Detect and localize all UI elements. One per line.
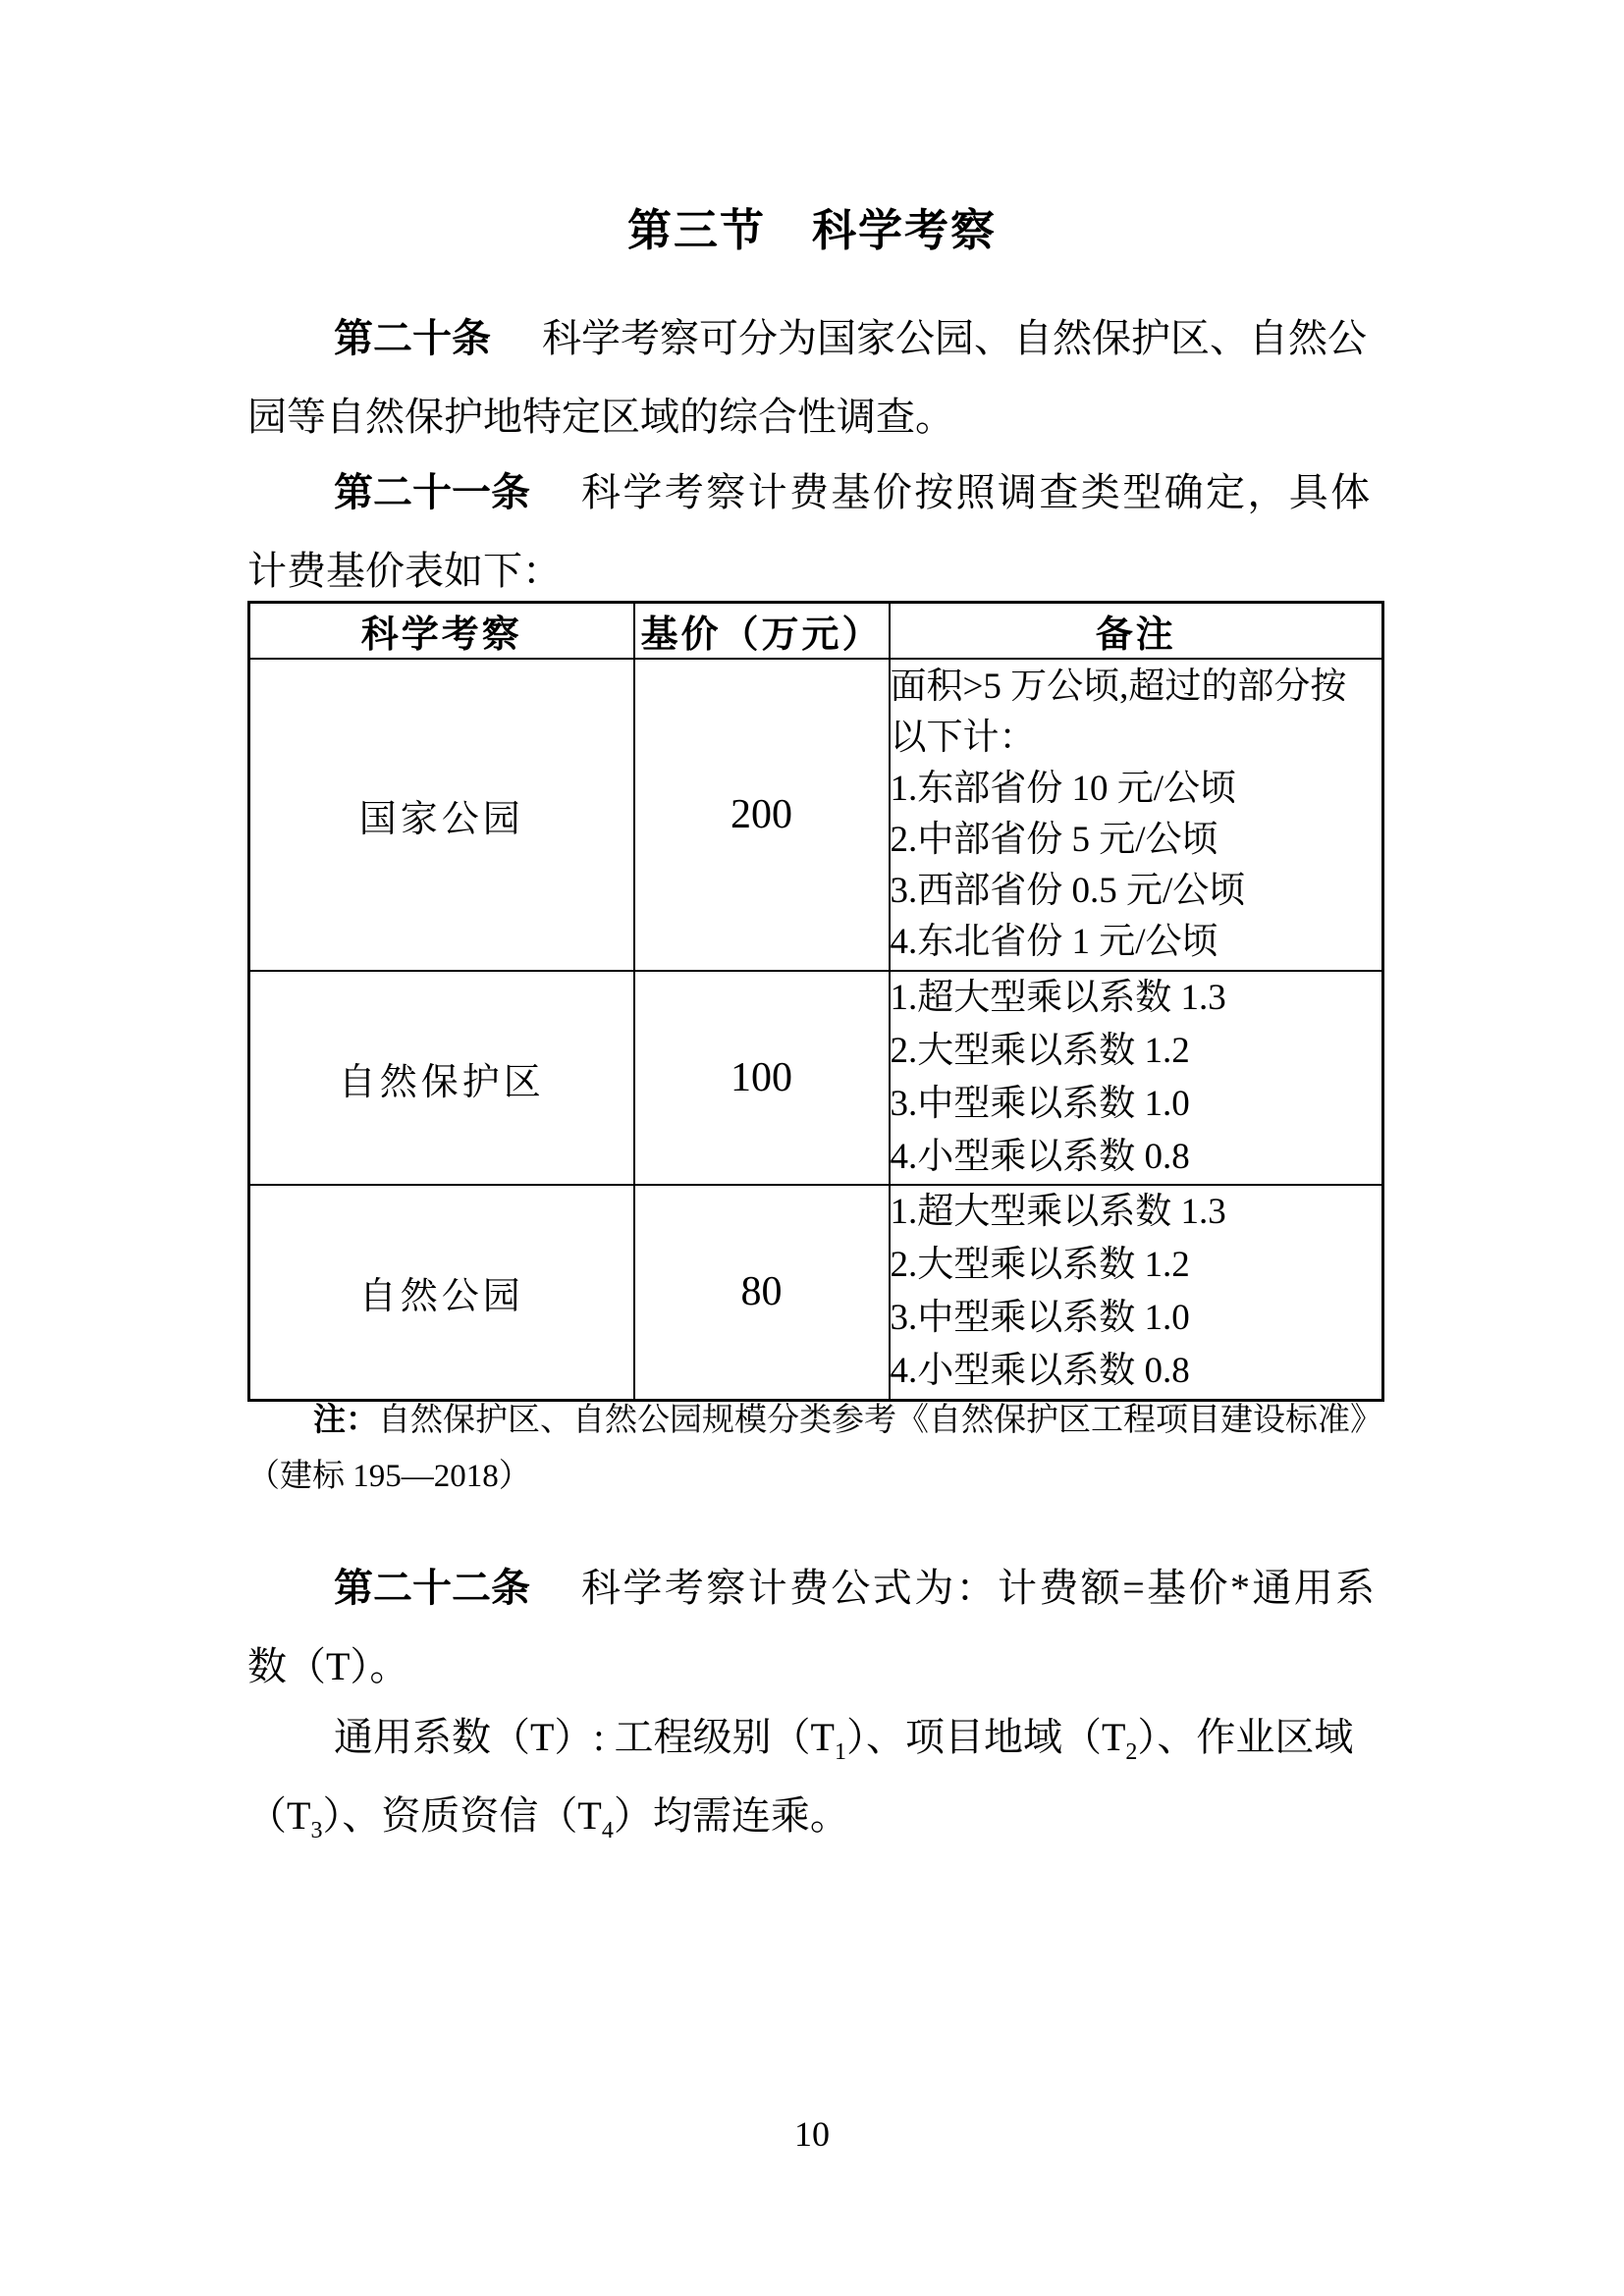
subscript-t4: 4 bbox=[602, 1818, 614, 1843]
table-header-row: 科学考察 基价（万元） 备注 bbox=[249, 603, 1383, 660]
remark-line: 1.超大型乘以系数 1.3 bbox=[891, 972, 1382, 1025]
remark-line: 2.大型乘以系数 1.2 bbox=[891, 1025, 1382, 1078]
subscript-t2: 2 bbox=[1125, 1739, 1137, 1765]
subscript-t3: 3 bbox=[310, 1818, 322, 1843]
table-note-line-2: （建标 195—2018） bbox=[247, 1449, 1426, 1505]
cell-price: 200 bbox=[634, 659, 890, 971]
fee-base-price-table: 科学考察 基价（万元） 备注 国家公园 200 面积>5 万公顷,超过的部分按 … bbox=[247, 601, 1384, 1402]
table-row-nature-park: 自然公园 80 1.超大型乘以系数 1.3 2.大型乘以系数 1.2 3.中型乘… bbox=[249, 1185, 1383, 1400]
remark-line: 4.小型乘以系数 0.8 bbox=[891, 1345, 1382, 1398]
paragraph-20-line-1: 第二十条科学考察可分为国家公园、自然保护区、自然公 bbox=[247, 299, 1512, 378]
remark-line: 4.小型乘以系数 0.8 bbox=[891, 1131, 1382, 1184]
header-remark: 备注 bbox=[890, 603, 1383, 660]
article-22-term: 第二十二条 bbox=[334, 1566, 530, 1610]
paragraph-20-line-2: 园等自然保护地特定区域的综合性调查。 bbox=[247, 378, 1426, 456]
note-label: 注： bbox=[313, 1403, 378, 1438]
remark-line: 面积>5 万公顷,超过的部分按 bbox=[891, 662, 1382, 713]
note-text: 自然保护区、自然公园规模分类参考《自然保护区工程项目建设标准》 bbox=[378, 1403, 1382, 1438]
remark-line: 2.中部省份 5 元/公顷 bbox=[891, 815, 1382, 866]
table-note-line-1: 注：自然保护区、自然公园规模分类参考《自然保护区工程项目建设标准》 bbox=[247, 1393, 1491, 1449]
remark-line: 1.东部省份 10 元/公顷 bbox=[891, 764, 1382, 815]
cell-category: 国家公园 bbox=[249, 659, 634, 971]
paragraph-21-line-1: 第二十一条科学考察计费基价按照调查类型确定，具体 bbox=[247, 454, 1512, 532]
header-base-price: 基价（万元） bbox=[634, 603, 890, 660]
remark-line: 3.西部省份 0.5 元/公顷 bbox=[891, 866, 1382, 917]
cell-remarks: 面积>5 万公顷,超过的部分按 以下计： 1.东部省份 10 元/公顷 2.中部… bbox=[890, 659, 1383, 971]
cell-remarks: 1.超大型乘以系数 1.3 2.大型乘以系数 1.2 3.中型乘以系数 1.0 … bbox=[890, 971, 1383, 1185]
remark-line: 3.中型乘以系数 1.0 bbox=[891, 1078, 1382, 1131]
remark-line: 2.大型乘以系数 1.2 bbox=[891, 1239, 1382, 1292]
remark-line: 以下计： bbox=[891, 713, 1382, 764]
remark-line: 4.东北省份 1 元/公顷 bbox=[891, 917, 1382, 968]
coefficient-paragraph-line-1: 通用系数（T）: 工程级别（T1）、项目地域（T2）、作业区域 bbox=[247, 1698, 1512, 1777]
coefficient-paragraph-line-2: （T3）、资质资信（T4）均需连乘。 bbox=[247, 1777, 1426, 1855]
cell-remarks: 1.超大型乘以系数 1.3 2.大型乘以系数 1.2 3.中型乘以系数 1.0 … bbox=[890, 1185, 1383, 1400]
document-page: 第三节 科学考察 第二十条科学考察可分为国家公园、自然保护区、自然公 园等自然保… bbox=[0, 0, 1624, 2296]
article-22-text: 科学考察计费公式为：计费额=基价*通用系 bbox=[581, 1566, 1378, 1610]
article-21-term: 第二十一条 bbox=[334, 470, 530, 514]
cell-category: 自然公园 bbox=[249, 1185, 634, 1400]
paragraph-22-line-2: 数（T）。 bbox=[247, 1628, 1426, 1706]
subscript-t1: 1 bbox=[835, 1739, 846, 1765]
article-20-term: 第二十条 bbox=[334, 316, 491, 360]
remark-line: 3.中型乘以系数 1.0 bbox=[891, 1292, 1382, 1345]
page-number: 10 bbox=[0, 2109, 1624, 2160]
header-category: 科学考察 bbox=[249, 603, 634, 660]
article-20-text: 科学考察可分为国家公园、自然保护区、自然公 bbox=[542, 316, 1367, 360]
article-21-text: 科学考察计费基价按照调查类型确定，具体 bbox=[581, 470, 1373, 514]
section-title: 第三节 科学考察 bbox=[0, 199, 1624, 262]
remark-line: 1.超大型乘以系数 1.3 bbox=[891, 1186, 1382, 1239]
paragraph-21-line-2: 计费基价表如下： bbox=[247, 532, 1426, 611]
table-row-nature-reserve: 自然保护区 100 1.超大型乘以系数 1.3 2.大型乘以系数 1.2 3.中… bbox=[249, 971, 1383, 1185]
cell-category: 自然保护区 bbox=[249, 971, 634, 1185]
cell-price: 100 bbox=[634, 971, 890, 1185]
table-row-national-park: 国家公园 200 面积>5 万公顷,超过的部分按 以下计： 1.东部省份 10 … bbox=[249, 659, 1383, 971]
paragraph-22-line-1: 第二十二条科学考察计费公式为：计费额=基价*通用系 bbox=[247, 1549, 1512, 1628]
cell-price: 80 bbox=[634, 1185, 890, 1400]
